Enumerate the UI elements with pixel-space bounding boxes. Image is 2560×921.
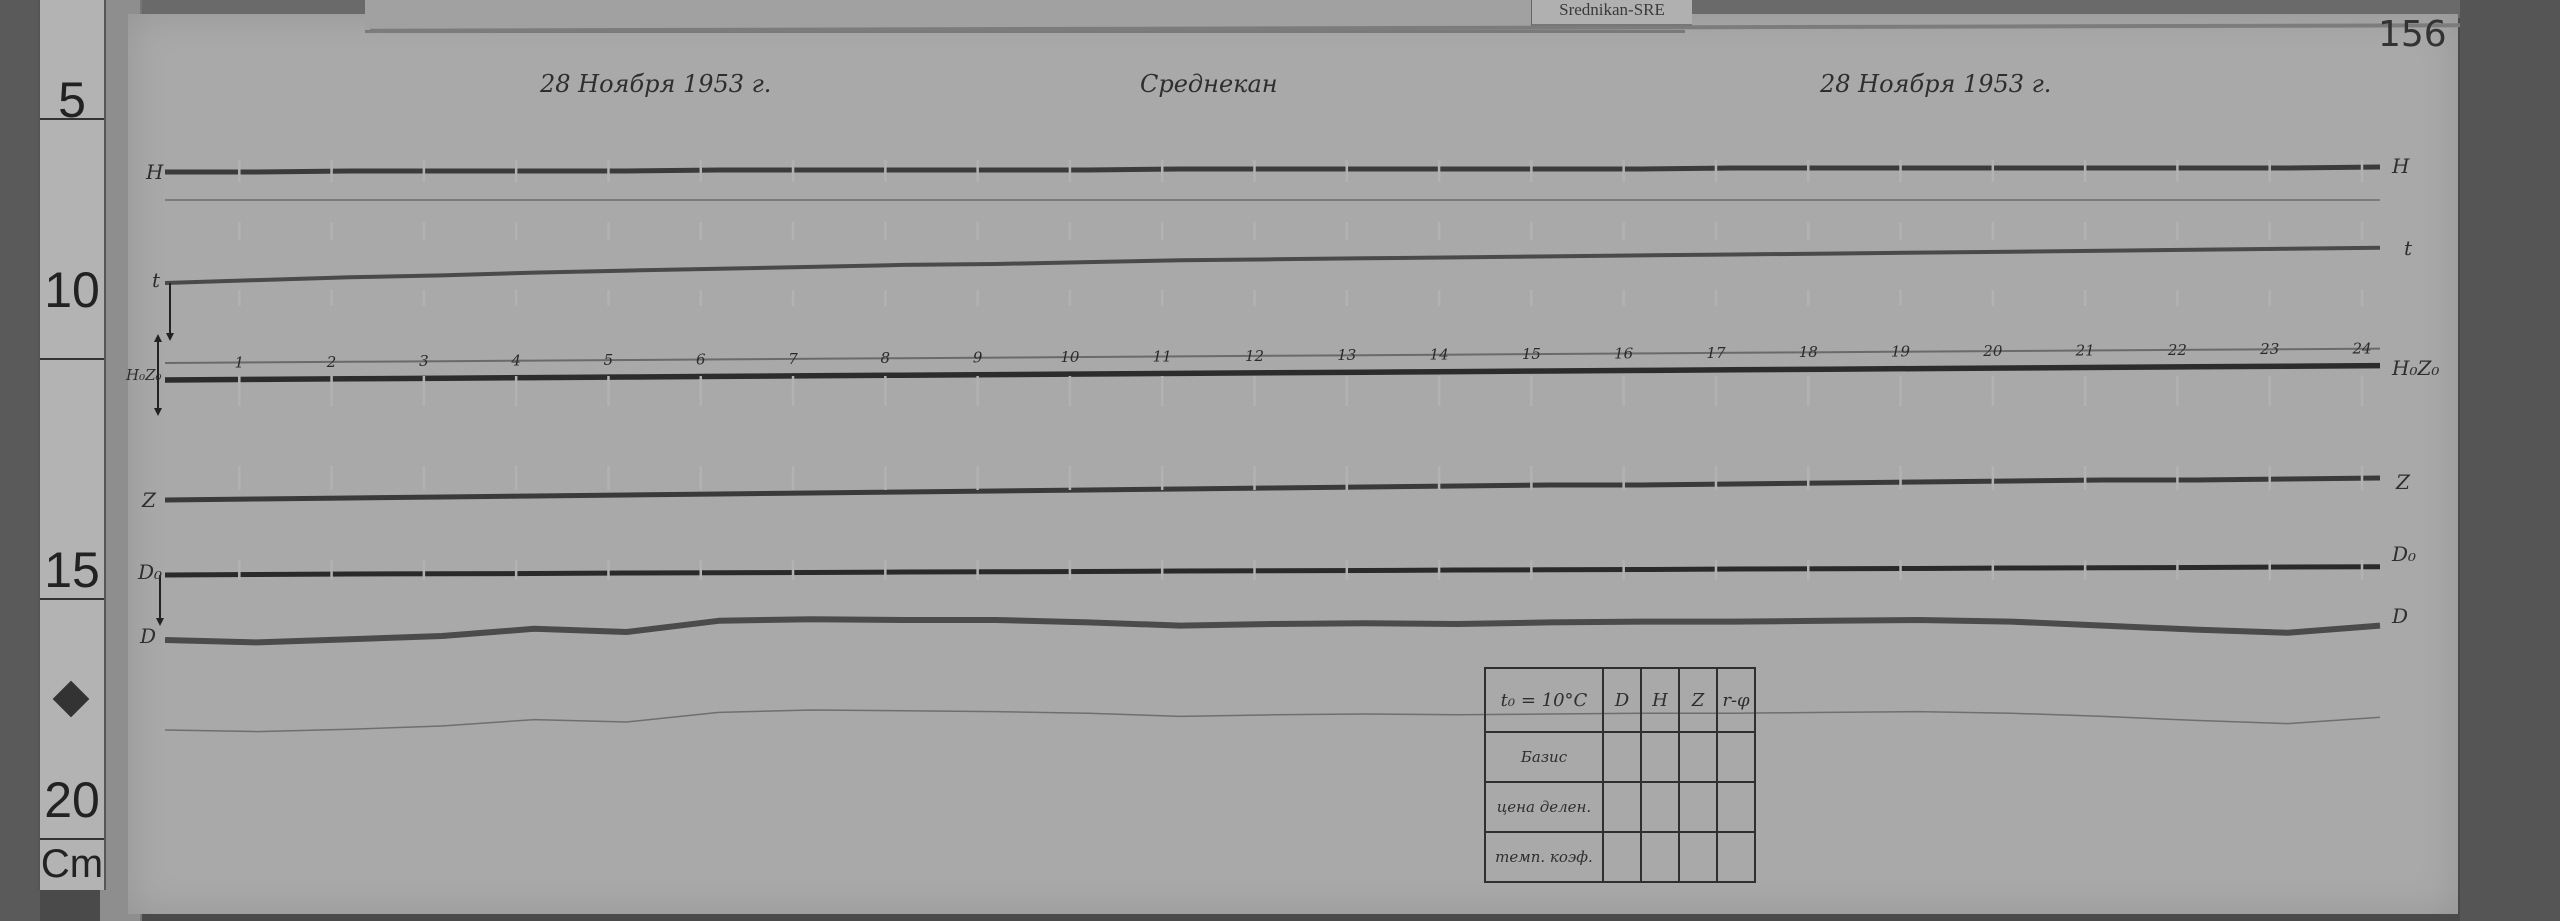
calibration-row-temp-coef: темп. коэф. bbox=[1485, 832, 1755, 882]
calibration-cell bbox=[1717, 782, 1755, 832]
trace-plot: 123456789101112131415161718192021222324 bbox=[0, 0, 2560, 921]
hour-tick-layer: 123456789101112131415161718192021222324 bbox=[235, 160, 2372, 660]
hour-label: 16 bbox=[1614, 344, 1634, 362]
hour-label: 14 bbox=[1430, 346, 1449, 364]
label-left-H: H bbox=[146, 160, 163, 184]
calibration-cell bbox=[1641, 732, 1679, 782]
trace-d0 bbox=[165, 567, 2380, 575]
calibration-cell bbox=[1679, 782, 1717, 832]
label-right-H: H bbox=[2392, 154, 2409, 178]
calibration-cell bbox=[1717, 832, 1755, 882]
hour-label: 24 bbox=[2351, 340, 2371, 358]
calibration-row-label: темп. коэф. bbox=[1485, 832, 1603, 882]
calibration-header-temp: t₀ = 10°C bbox=[1485, 668, 1603, 732]
hour-label: 11 bbox=[1153, 347, 1172, 365]
label-right-D0: D₀ bbox=[2392, 542, 2416, 566]
hour-label: 15 bbox=[1522, 345, 1541, 363]
calibration-cell bbox=[1717, 732, 1755, 782]
calibration-header-Z: Z bbox=[1679, 668, 1717, 732]
calibration-cell bbox=[1679, 832, 1717, 882]
hour-label: 2 bbox=[326, 353, 337, 371]
label-right-D: D bbox=[2392, 604, 2408, 628]
calibration-cell bbox=[1679, 732, 1717, 782]
label-left-D0: D₀ bbox=[138, 560, 162, 584]
hour-label: 1 bbox=[235, 353, 245, 371]
hour-label: 12 bbox=[1245, 347, 1264, 365]
hour-label: 8 bbox=[881, 349, 891, 367]
hour-label: 10 bbox=[1060, 348, 1080, 366]
hour-label: 21 bbox=[2075, 341, 2095, 359]
label-left-H0Z0: H₀Z₀ bbox=[126, 366, 162, 384]
calibration-row-basis: Базис bbox=[1485, 732, 1755, 782]
hour-reference-line bbox=[165, 349, 2380, 363]
hour-label: 20 bbox=[1982, 342, 2003, 360]
hour-label: 13 bbox=[1337, 346, 1356, 364]
trace-d-secondary bbox=[165, 710, 2380, 732]
label-right-Z: Z bbox=[2396, 470, 2410, 494]
hour-label: 22 bbox=[2167, 341, 2187, 359]
trace-d bbox=[165, 619, 2380, 642]
calibration-cell bbox=[1603, 782, 1641, 832]
label-right-H0Z0: H₀Z₀ bbox=[2392, 356, 2439, 380]
calibration-row-label: цена делен. bbox=[1485, 782, 1603, 832]
hour-label: 6 bbox=[696, 350, 706, 368]
hour-label: 4 bbox=[510, 352, 521, 370]
calibration-header-D: D bbox=[1603, 668, 1641, 732]
hour-label: 9 bbox=[973, 349, 983, 367]
calibration-cell bbox=[1641, 782, 1679, 832]
calibration-row-label: Базис bbox=[1485, 732, 1603, 782]
calibration-cell bbox=[1603, 732, 1641, 782]
label-left-D: D bbox=[140, 624, 156, 648]
trace-layer bbox=[165, 167, 2380, 732]
trace-t bbox=[165, 248, 2380, 283]
hour-label: 7 bbox=[788, 350, 798, 368]
magnetogram-scan: Srednikan-SRE 5 10 15 20 Cm 28 Ноября 19… bbox=[0, 0, 2560, 921]
hour-label: 18 bbox=[1799, 343, 1818, 361]
hour-label: 17 bbox=[1706, 344, 1726, 362]
hour-label: 19 bbox=[1891, 343, 1911, 361]
hour-label: 5 bbox=[604, 351, 614, 369]
calibration-cell bbox=[1641, 832, 1679, 882]
calibration-cell bbox=[1603, 832, 1641, 882]
calibration-header-row: t₀ = 10°C D H Z r-φ bbox=[1485, 668, 1755, 732]
trace-h bbox=[165, 167, 2380, 172]
calibration-header-H: H bbox=[1641, 668, 1679, 732]
calibration-header-rphi: r-φ bbox=[1717, 668, 1755, 732]
label-left-t: t bbox=[152, 268, 160, 292]
label-left-Z: Z bbox=[142, 488, 156, 512]
label-right-t: t bbox=[2404, 236, 2412, 260]
calibration-row-scale-value: цена делен. bbox=[1485, 782, 1755, 832]
hour-label: 23 bbox=[2259, 340, 2279, 358]
trace-h0z0 bbox=[165, 366, 2380, 380]
calibration-table: t₀ = 10°C D H Z r-φ Базис цена делен. те… bbox=[1484, 667, 1756, 883]
hour-label: 3 bbox=[419, 352, 429, 370]
trace-z bbox=[165, 478, 2380, 500]
